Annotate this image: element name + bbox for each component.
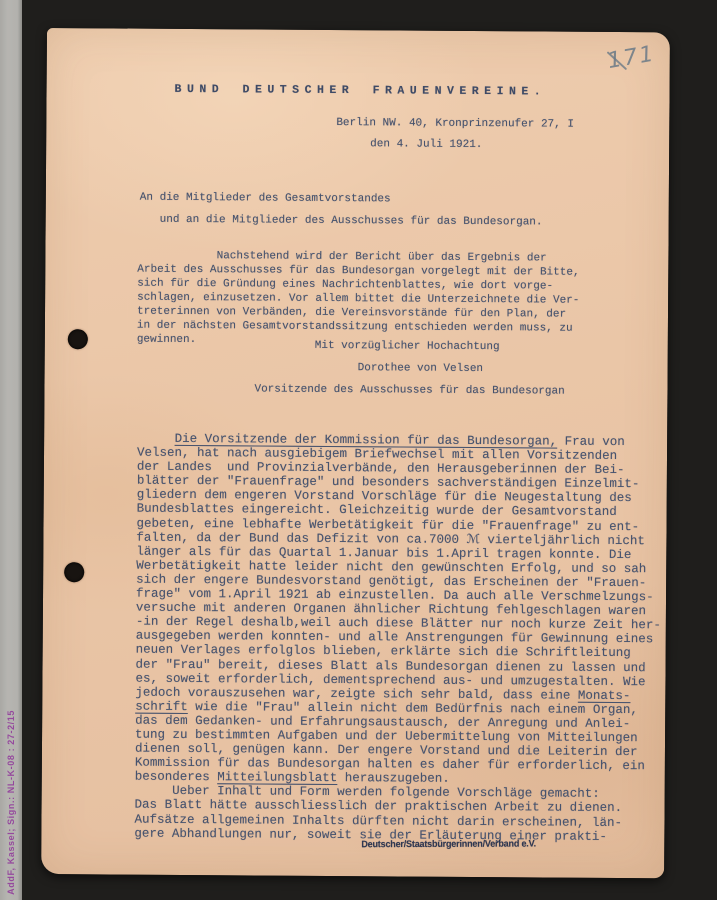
date-line: den 4. Juli 1921. — [370, 137, 482, 152]
signature-name: Dorothee von Velsen — [358, 361, 484, 376]
handwritten-page-number: 171 — [606, 39, 672, 88]
organization-name: BUND DEUTSCHER FRAUENVEREINE. — [175, 83, 547, 99]
punch-hole-top — [68, 329, 88, 349]
organization-stamp: Deutscher/Staatsbürgerinnen/Verband e.V. — [361, 839, 536, 851]
recipient-line-1: An die Mitglieder des Gesamtvorstandes — [140, 191, 391, 207]
recipient-line-2: und an die Mitglieder des Ausschusses fü… — [160, 213, 543, 230]
intro-paragraph: Nachstehend wird der Bericht über das Er… — [137, 249, 580, 350]
signature-title: Vorsitzende des Ausschusses für das Bund… — [254, 382, 564, 398]
report-body: Die Vorsitzende der Kommission für das B… — [134, 432, 662, 844]
archive-signature-label: AddF, Kassel; Sign.: NL-K-08 : 27-2/15 — [6, 710, 16, 895]
letter-page: 171 BUND DEUTSCHER FRAUENVEREINE. Berlin… — [41, 28, 670, 878]
address-line: Berlin NW. 40, Kronprinzenufer 27, I — [336, 116, 574, 132]
closing-salutation: Mit vorzüglicher Hochachtung — [315, 339, 500, 354]
scan-background: AddF, Kassel; Sign.: NL-K-08 : 27-2/15 1… — [0, 0, 717, 900]
punch-hole-bottom — [64, 562, 84, 582]
archive-ruler-strip: AddF, Kassel; Sign.: NL-K-08 : 27-2/15 — [0, 0, 22, 900]
